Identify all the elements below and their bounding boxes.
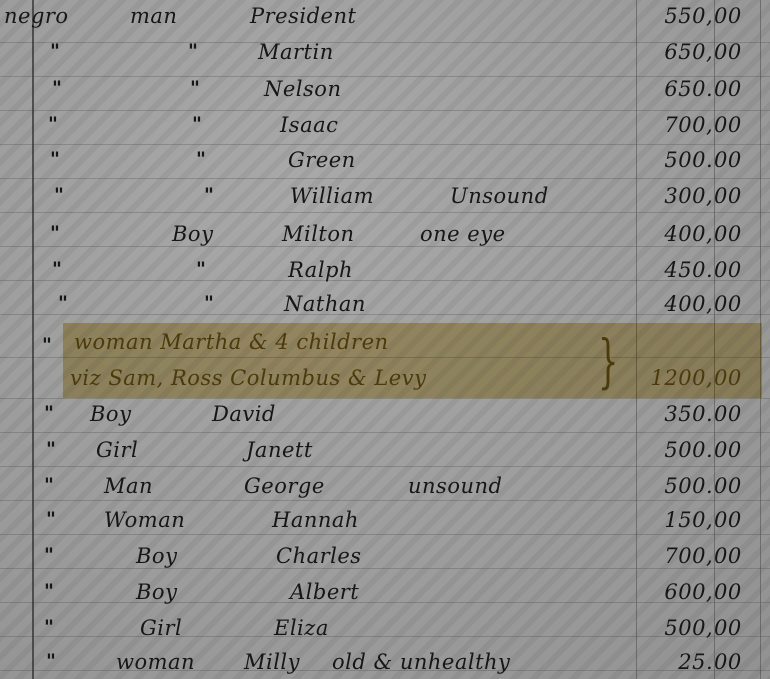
- entry-name: President: [250, 4, 356, 28]
- ditto-mark: ": [44, 544, 54, 566]
- amount-dollars: 300: [636, 184, 706, 208]
- entry-name: Green: [288, 148, 356, 172]
- ditto-mark: ": [50, 40, 60, 62]
- amount-cents: 00: [714, 616, 742, 640]
- ledger-row: " " Ralph 450 . 00: [0, 258, 770, 288]
- amount-dollars: 600: [636, 580, 706, 604]
- ditto-mark: ": [188, 40, 198, 62]
- ruled-line: [0, 110, 770, 111]
- ledger-row: " woman Milly old & unhealthy 25 . 00: [0, 650, 770, 679]
- ditto-mark: ": [58, 292, 68, 314]
- amount-dollars: 500: [636, 438, 706, 462]
- entry-desc: Girl: [140, 616, 182, 640]
- ruled-line: [0, 178, 770, 179]
- entry-desc: Man: [104, 474, 153, 498]
- amount-cents: 00: [714, 184, 742, 208]
- entry-name: Milly: [244, 650, 300, 674]
- amount-cents: 00: [714, 474, 742, 498]
- ledger-row: " Man George unsound 500 . 00: [0, 474, 770, 504]
- entry-name: Eliza: [274, 616, 329, 640]
- entry-name: Nathan: [284, 292, 366, 316]
- amount-cents: 00: [714, 508, 742, 532]
- entry-note: one eye: [420, 222, 506, 246]
- amount-cents: 00: [714, 650, 742, 674]
- amount-cents: 00: [714, 77, 742, 101]
- entry-text: woman Martha & 4 children: [74, 330, 389, 354]
- ruled-line: [0, 144, 770, 145]
- ledger-row: " " Nelson 650 . 00: [0, 77, 770, 107]
- amount-dollars: 700: [636, 113, 706, 137]
- amount-cents: 00: [714, 438, 742, 462]
- amount-cents: 00: [714, 544, 742, 568]
- highlighted-line-1: woman Martha & 4 children: [0, 330, 770, 360]
- ditto-mark: ": [46, 650, 56, 672]
- ditto-mark: ": [192, 113, 202, 135]
- ditto-mark: ": [196, 148, 206, 170]
- entry-name: Martin: [258, 40, 334, 64]
- entry-name: Charles: [276, 544, 362, 568]
- ditto-mark: ": [52, 77, 62, 99]
- entry-text: viz Sam, Ross Columbus & Levy: [70, 366, 426, 390]
- amount-dollars: 650: [636, 77, 706, 101]
- ledger-row: " Boy David 350 . 00: [0, 402, 770, 432]
- entry-name: Ralph: [288, 258, 353, 282]
- amount-dollars: 500: [636, 616, 706, 640]
- amount-cents: 00: [714, 4, 742, 28]
- entry-desc: woman: [116, 650, 195, 674]
- entry-desc: Girl: [96, 438, 138, 462]
- entry-name: Hannah: [272, 508, 359, 532]
- ditto-mark: ": [44, 580, 54, 602]
- amount-cents: 00: [714, 148, 742, 172]
- entry-name: Nelson: [264, 77, 341, 101]
- entry-type: negro: [4, 4, 69, 28]
- ledger-row: " Boy Charles 700 , 00: [0, 544, 770, 574]
- amount-dollars: 550: [636, 4, 706, 28]
- amount-dollars: 150: [636, 508, 706, 532]
- ditto-mark: ": [52, 258, 62, 280]
- amount-dollars: 400: [636, 222, 706, 246]
- amount-cents: 00: [714, 40, 742, 64]
- entry-name: William: [290, 184, 374, 208]
- amount-cents: 00: [714, 113, 742, 137]
- entry-note: unsound: [408, 474, 502, 498]
- ditto-mark: ": [46, 438, 56, 460]
- highlighted-line-2: viz Sam, Ross Columbus & Levy 1200 , 00: [0, 366, 770, 396]
- entry-note: old & unhealthy: [332, 650, 510, 674]
- ditto-mark: ": [204, 292, 214, 314]
- entry-name: George: [244, 474, 325, 498]
- entry-desc: man: [130, 4, 177, 28]
- ditto-mark: ": [54, 184, 64, 206]
- amount-dollars: 450: [636, 258, 706, 282]
- brace-icon: }: [598, 331, 618, 391]
- amount-dollars: 700: [636, 544, 706, 568]
- ditto-mark: ": [44, 402, 54, 424]
- amount-cents: 00: [714, 222, 742, 246]
- entry-desc: Boy: [172, 222, 213, 246]
- ditto-mark: ": [48, 113, 58, 135]
- ruled-line: [0, 432, 770, 433]
- amount-cents: 00: [714, 580, 742, 604]
- ledger-row: " Boy Albert 600 , 00: [0, 580, 770, 610]
- ledger-row: " Boy Milton one eye 400 , 00: [0, 222, 770, 252]
- amount-dollars: 25: [636, 650, 706, 674]
- amount-dollars: 650: [636, 40, 706, 64]
- amount-dollars: 400: [636, 292, 706, 316]
- ruled-line: [0, 398, 770, 399]
- amount-cents: 00: [714, 292, 742, 316]
- entry-desc: Boy: [136, 544, 177, 568]
- entry-name: David: [212, 402, 276, 426]
- entry-desc: Woman: [104, 508, 185, 532]
- entry-name: Janett: [246, 438, 313, 462]
- ledger-row: " " William Unsound 300 , 00: [0, 184, 770, 214]
- entry-name: Milton: [282, 222, 355, 246]
- ledger-row: negro man President 550 , 00: [0, 4, 770, 34]
- ledger-row: " " Isaac 700 , 00: [0, 113, 770, 143]
- amount-dollars: 350: [636, 402, 706, 426]
- ditto-mark: ": [190, 77, 200, 99]
- ditto-mark: ": [196, 258, 206, 280]
- amount-dollars: 1200: [636, 366, 706, 390]
- amount-cents: 00: [714, 366, 742, 390]
- entry-name: Albert: [290, 580, 359, 604]
- ditto-mark: ": [204, 184, 214, 206]
- ledger-row: " " Green 500 . 00: [0, 148, 770, 178]
- entry-note: Unsound: [450, 184, 549, 208]
- ledger-row: " Woman Hannah 150 , 00: [0, 508, 770, 538]
- ledger-row: " Girl Eliza 500 , 00: [0, 616, 770, 646]
- ledger-row: " Girl Janett 500 . 00: [0, 438, 770, 468]
- ditto-mark: ": [50, 222, 60, 244]
- ditto-mark: ": [50, 148, 60, 170]
- amount-dollars: 500: [636, 474, 706, 498]
- ditto-mark: ": [44, 616, 54, 638]
- entry-name: Isaac: [280, 113, 338, 137]
- amount-dollars: 500: [636, 148, 706, 172]
- entry-desc: Boy: [90, 402, 131, 426]
- ditto-mark: ": [46, 508, 56, 530]
- entry-desc: Boy: [136, 580, 177, 604]
- amount-cents: 00: [714, 402, 742, 426]
- ditto-mark: ": [44, 474, 54, 496]
- ledger-row: " " Nathan 400 , 00: [0, 292, 770, 322]
- ledger-row: " " Martin 650 , 00: [0, 40, 770, 70]
- amount-cents: 00: [714, 258, 742, 282]
